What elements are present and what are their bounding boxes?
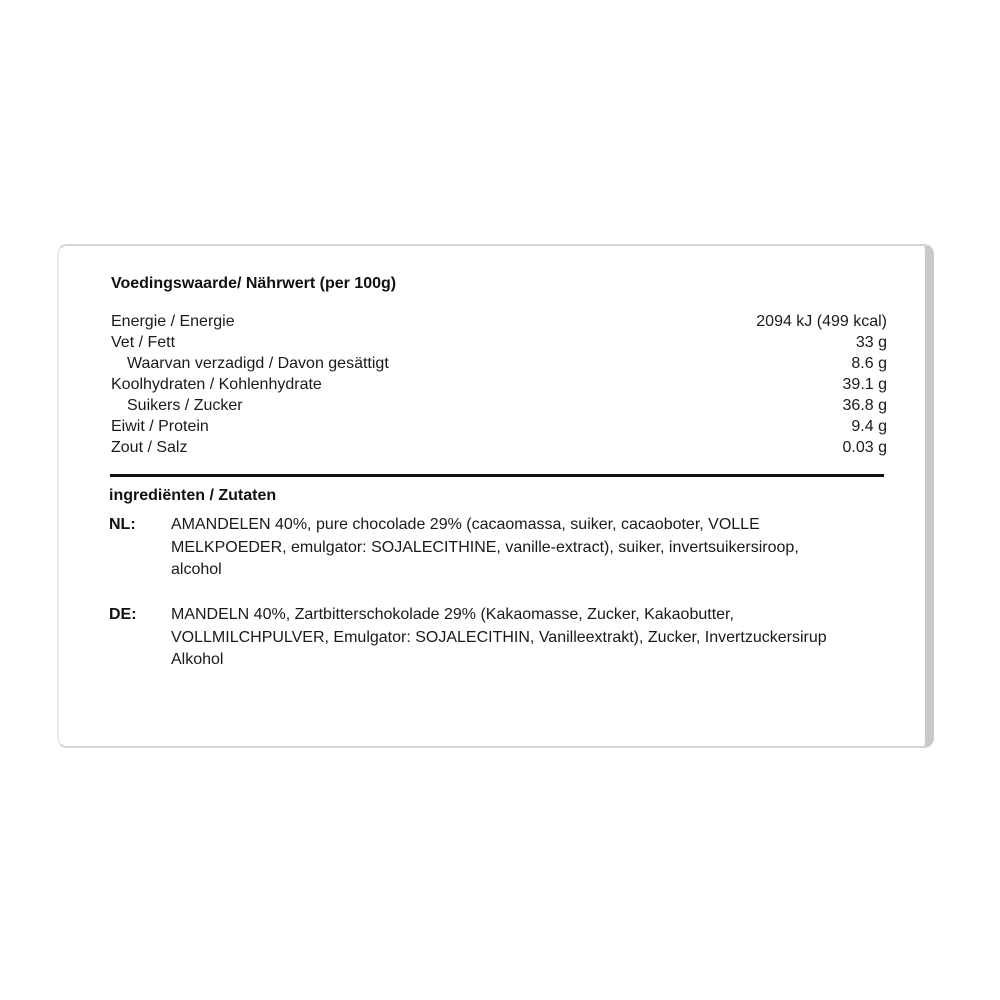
nutrient-label: Energie / Energie — [111, 311, 235, 332]
ingredients-line: alcohol — [171, 559, 939, 582]
nutrition-table: Energie / Energie 2094 kJ (499 kcal) Vet… — [111, 311, 887, 458]
ingredients-line: Alkohol — [171, 649, 939, 672]
ingredients-de: DE: MANDELN 40%, Zartbitterschokolade 29… — [109, 604, 939, 672]
nutrient-value: 39.1 g — [843, 374, 887, 395]
nutrient-label: Vet / Fett — [111, 332, 175, 353]
nutrient-label: Koolhydraten / Kohlenhydrate — [111, 374, 322, 395]
nutrient-label: Zout / Salz — [111, 437, 187, 458]
ingredients-line: MANDELN 40%, Zartbitterschokolade 29% (K… — [171, 604, 939, 627]
nutrient-value: 33 g — [856, 332, 887, 353]
ingredients-nl: NL: AMANDELEN 40%, pure chocolade 29% (c… — [109, 514, 939, 582]
nutrient-label: Waarvan verzadigd / Davon gesättigt — [111, 353, 389, 374]
language-code-de: DE: — [109, 604, 171, 672]
language-code-nl: NL: — [109, 514, 171, 582]
section-divider — [110, 474, 884, 477]
nutrition-row: Energie / Energie 2094 kJ (499 kcal) — [111, 311, 887, 332]
nutrient-value: 9.4 g — [851, 416, 887, 437]
ingredients-text-de: MANDELN 40%, Zartbitterschokolade 29% (K… — [171, 604, 939, 672]
nutrition-row: Waarvan verzadigd / Davon gesättigt 8.6 … — [111, 353, 887, 374]
ingredients-line: VOLLMILCHPULVER, Emulgator: SOJALECITHIN… — [171, 627, 939, 650]
nutrition-row: Zout / Salz 0.03 g — [111, 437, 887, 458]
nutrient-value: 36.8 g — [843, 395, 887, 416]
ingredients-text-nl: AMANDELEN 40%, pure chocolade 29% (cacao… — [171, 514, 939, 582]
nutrient-label: Suikers / Zucker — [111, 395, 243, 416]
ingredients-title: ingrediënten / Zutaten — [109, 487, 276, 505]
nutrient-value: 8.6 g — [851, 353, 887, 374]
nutrition-row: Eiwit / Protein 9.4 g — [111, 416, 887, 437]
nutrient-label: Eiwit / Protein — [111, 416, 209, 437]
ingredients-line: MELKPOEDER, emulgator: SOJALECITHINE, va… — [171, 537, 939, 560]
nutrition-row: Suikers / Zucker 36.8 g — [111, 395, 887, 416]
nutrition-row: Koolhydraten / Kohlenhydrate 39.1 g — [111, 374, 887, 395]
nutrition-row: Vet / Fett 33 g — [111, 332, 887, 353]
ingredients-line: AMANDELEN 40%, pure chocolade 29% (cacao… — [171, 514, 939, 537]
nutrition-title: Voedingswaarde/ Nährwert (per 100g) — [111, 275, 396, 293]
nutrient-value: 0.03 g — [843, 437, 887, 458]
nutrient-value: 2094 kJ (499 kcal) — [756, 311, 887, 332]
